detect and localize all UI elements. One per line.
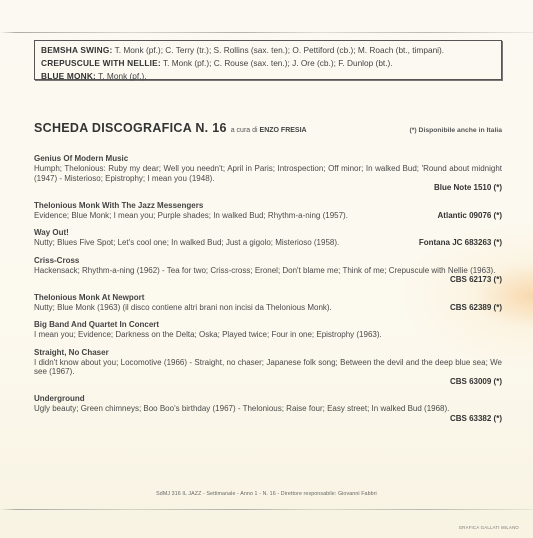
record-sleeve-back: BEMSHA SWING: T. Monk (pf.); C. Terry (t… [0,0,533,538]
track-list: Ugly beauty; Green chimneys; Boo Boo's b… [34,404,502,423]
printer-credit: GRAFICA GALLATI MILANO [459,525,519,530]
tracks-text: Ugly beauty; Green chimneys; Boo Boo's b… [34,404,449,413]
discography-entry: Thelonious Monk At NewportNutty; Blue Mo… [34,292,502,313]
record-label-catalog: Fontana JC 683263 (*) [419,238,502,248]
credit-line: CREPUSCULE WITH NELLIE: T. Monk (pf.); C… [41,57,501,70]
discography-entry: UndergroundUgly beauty; Green chimneys; … [34,393,502,423]
track-list: Nutty; Blues Five Spot; Let's cool one; … [34,238,502,248]
album-title: Criss-Cross [34,255,502,266]
tracks-text: Nutty; Blue Monk (1963) (il disco contie… [34,303,332,313]
credit-text: T. Monk (pf.). [98,71,146,81]
tracks-text: I mean you; Evidence; Darkness on the De… [34,330,382,339]
personnel-credits-box: BEMSHA SWING: T. Monk (pf.); C. Terry (t… [34,40,502,80]
discography-entry: Way Out!Nutty; Blues Five Spot; Let's co… [34,227,502,248]
track-list: Hackensack; Rhythm-a-ning (1962) - Tea f… [34,266,502,285]
tracks-text: Humph; Thelonious: Ruby my dear; Well yo… [34,164,502,183]
credit-line: BEMSHA SWING: T. Monk (pf.); C. Terry (t… [41,44,501,57]
track-list: I didn't know about you; Locomotive (196… [34,358,502,387]
track-list: Nutty; Blue Monk (1963) (il disco contie… [34,303,502,313]
tracks-text: Hackensack; Rhythm-a-ning (1962) - Tea f… [34,266,495,275]
credit-text: T. Monk (pf.); C. Rouse (sax. ten.); J. … [163,58,393,68]
tracks-text: Nutty; Blues Five Spot; Let's cool one; … [34,238,339,248]
discography-entry: Criss-CrossHackensack; Rhythm-a-ning (19… [34,255,502,285]
album-title: Thelonious Monk At Newport [34,292,502,303]
record-label-catalog: CBS 62389 (*) [450,303,502,313]
availability-note: (*) Disponibile anche in Italia [409,127,502,134]
credit-title: CREPUSCULE WITH NELLIE: [41,58,161,68]
masthead-footer: SdMJ 316 IL JAZZ - Settimanale - Anno 1 … [0,491,533,497]
album-title: Way Out! [34,227,502,238]
album-title: Big Band And Quartet In Concert [34,319,502,330]
record-label-catalog: CBS 62173 (*) [34,275,502,285]
discography-entry: Straight, No ChaserI didn't know about y… [34,347,502,387]
discography-entry: Big Band And Quartet In ConcertI mean yo… [34,319,502,340]
album-title: Thelonious Monk With The Jazz Messengers [34,200,502,211]
tracks-text: Evidence; Blue Monk; I mean you; Purple … [34,211,348,221]
fold-crease-bottom [0,509,533,510]
track-list: Humph; Thelonious: Ruby my dear; Well yo… [34,164,502,193]
track-list: I mean you; Evidence; Darkness on the De… [34,330,502,340]
album-title: Straight, No Chaser [34,347,502,358]
curator-name: ENZO FRESIA [260,127,307,134]
credit-line: BLUE MONK: T. Monk (pf.). [41,70,501,83]
discography-header: SCHEDA DISCOGRAFICA N. 16 a cura di ENZO… [34,121,502,135]
fold-crease-top [0,32,533,33]
tracks-text: I didn't know about you; Locomotive (196… [34,358,502,377]
credit-title: BLUE MONK: [41,71,96,81]
album-title: Genius Of Modern Music [34,153,502,164]
album-title: Underground [34,393,502,404]
track-list: Evidence; Blue Monk; I mean you; Purple … [34,211,502,221]
discography-title: SCHEDA DISCOGRAFICA N. 16 [34,121,227,135]
credit-title: BEMSHA SWING: [41,45,112,55]
record-label-catalog: Atlantic 09076 (*) [438,211,502,221]
credit-text: T. Monk (pf.); C. Terry (tr.); S. Rollin… [115,45,445,55]
discography-list: Genius Of Modern MusicHumph; Thelonious:… [34,153,502,430]
curator-credit: a cura di ENZO FRESIA [231,127,307,134]
discography-entry: Genius Of Modern MusicHumph; Thelonious:… [34,153,502,193]
record-label-catalog: Blue Note 1510 (*) [34,183,502,193]
record-label-catalog: CBS 63382 (*) [34,414,502,424]
discography-entry: Thelonious Monk With The Jazz Messengers… [34,200,502,221]
record-label-catalog: CBS 63009 (*) [34,377,502,387]
curator-prefix: a cura di [231,127,258,134]
